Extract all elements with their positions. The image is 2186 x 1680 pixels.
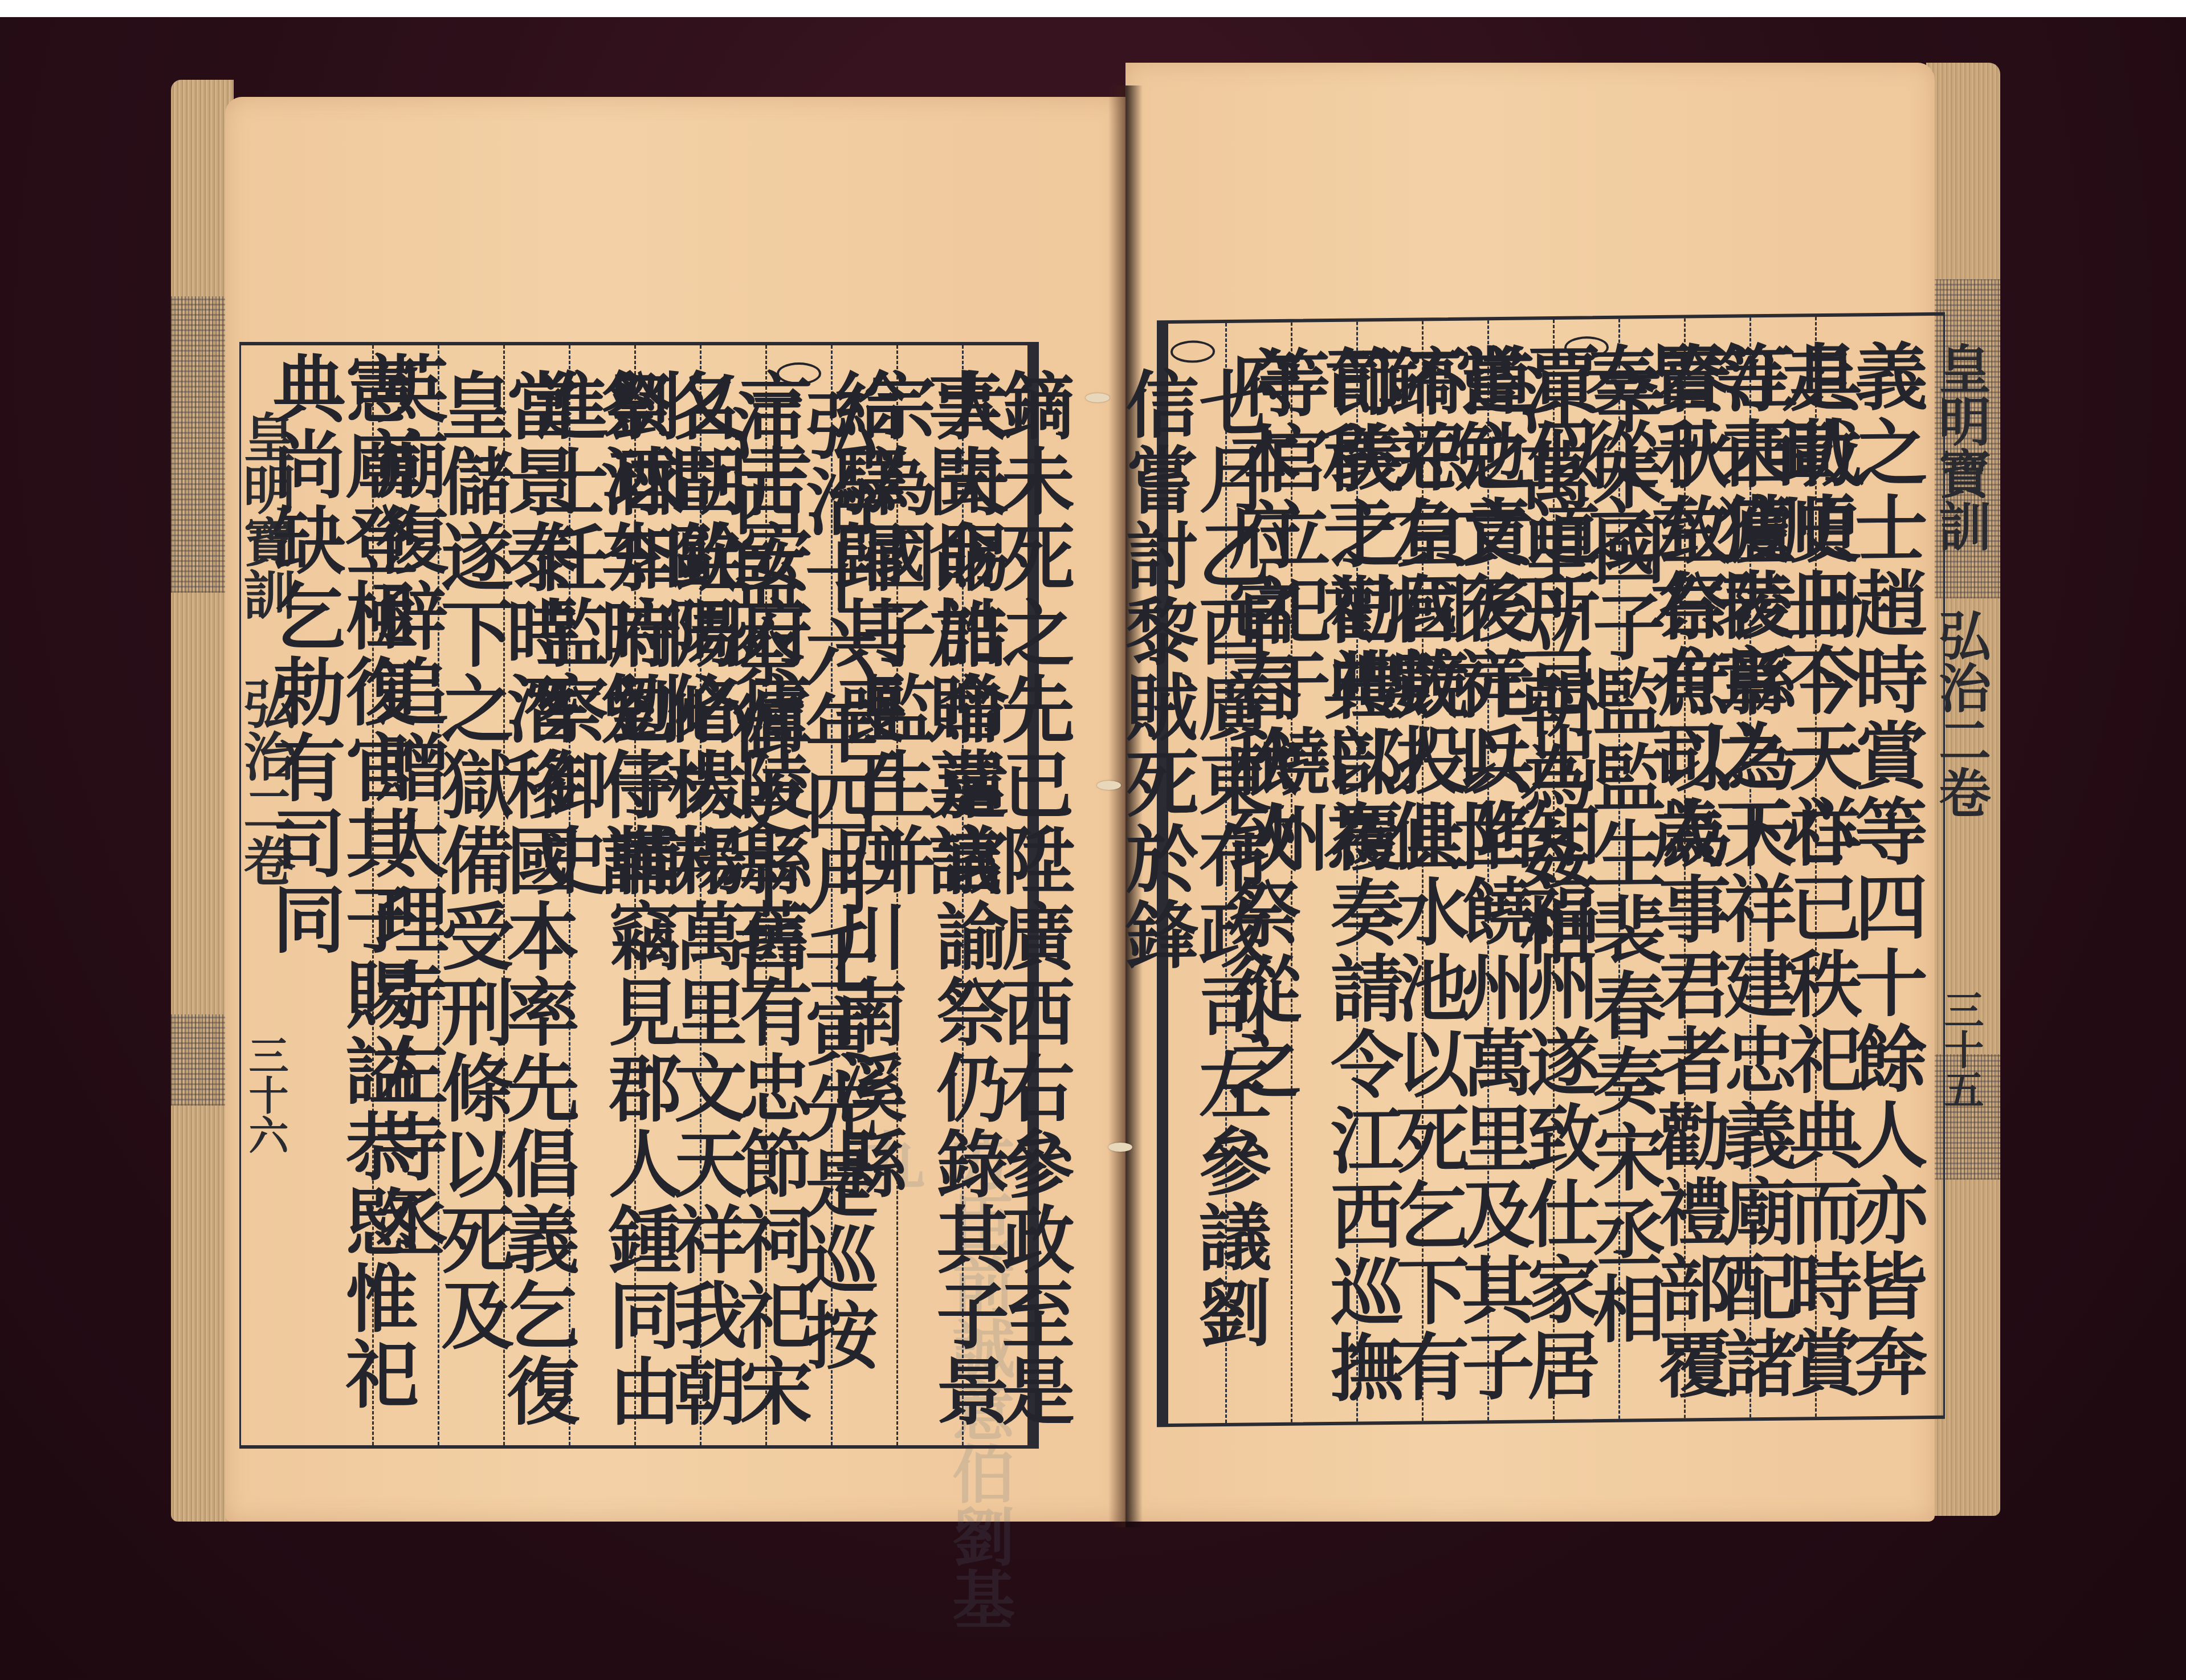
- right-page-columns: 義之士趙時賞等四十餘人亦皆奔走助順上下一心 具載史冊今天祥已秩祀典而時賞等未獲表…: [1168, 316, 1881, 1424]
- right-page-margin: 皇明寶訓 弘治二卷 三十五: [1935, 342, 1987, 1109]
- folio-number: 三十五: [1941, 989, 1981, 1109]
- left-page-columns: 鏑未死之先已陞廣西右參政至是事聞命加贈嘉議 大夫賜誥命遣官諭祭仍錄其子景宗為國子…: [304, 345, 1027, 1445]
- left-page-stack-edge: [171, 80, 234, 1522]
- left-page-text-frame: 鏑未死之先已陞廣西右參政至是事聞命加贈嘉議 大夫賜誥命遣官諭祭仍錄其子景宗為國子…: [239, 342, 1039, 1449]
- right-page-text-frame: 義之士趙時賞等四十餘人亦皆奔走助順上下一心 具載史冊今天祥已秩祀典而時賞等未獲表…: [1157, 312, 1945, 1427]
- volume-label: 弘治二卷: [1935, 609, 1987, 818]
- book-title: 皇明寶訓: [1935, 342, 1987, 552]
- entry-circle-marker-icon: [1171, 340, 1215, 362]
- open-book: 方臣前誠意伯劉基九 皇明寶訓 弘治二卷 三十六 鏑未死之先已陞廣西右參政至是事聞…: [0, 0, 2186, 1680]
- text-column: 憲廟登極復官其子賜謚恭愍惟祀典尚缺乞勅有司同: [307, 345, 372, 1445]
- text-column: 七月乙酉廣東布政司左參議劉信嘗討黎賊死於鋒: [1160, 323, 1225, 1424]
- stack-edge-ink-marks: [171, 1014, 234, 1106]
- stack-edge-ink-marks: [171, 296, 234, 593]
- binding-thread: [1086, 393, 1110, 402]
